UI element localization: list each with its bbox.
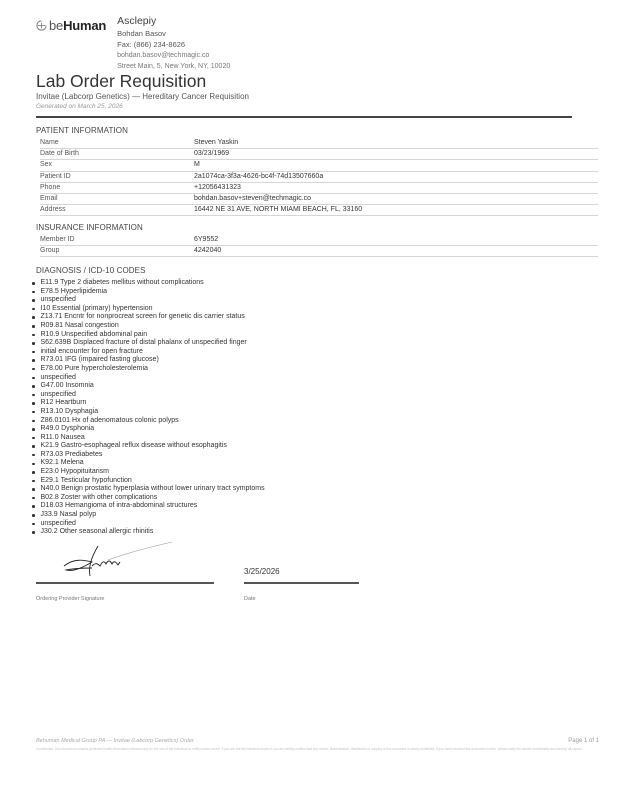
- diagnosis-item: I10 Essential (primary) hypertension: [32, 305, 265, 314]
- insurance-section-title: INSURANCE INFORMATION: [36, 223, 143, 232]
- diagnosis-item: G47.00 Insomnia: [32, 382, 265, 391]
- bullet-icon: [32, 454, 35, 457]
- diagnosis-item: E11.9 Type 2 diabetes mellitus without c…: [32, 279, 265, 288]
- diagnosis-text: J33.9 Nasal polyp: [41, 511, 97, 520]
- diagnosis-text: R49.0 Dysphonia: [41, 425, 95, 434]
- patient-info-row: Patient ID2a1074ca-3f3a-4626-bc4f-74d135…: [40, 172, 598, 183]
- signature-line: [36, 582, 214, 584]
- diagnosis-text: I10 Essential (primary) hypertension: [41, 305, 153, 314]
- bullet-icon: [32, 523, 35, 526]
- diagnosis-item: R10.9 Unspecified abdominal pain: [32, 331, 265, 340]
- diagnosis-text: K92.1 Melena: [41, 459, 84, 468]
- diagnosis-item: unspecified: [32, 374, 265, 383]
- bullet-icon: [32, 420, 35, 423]
- field-value: bohdan.basov+steven@techmagic.co: [194, 194, 598, 204]
- patient-info-row: Phone+12056431323: [40, 183, 598, 194]
- letterhead: beHuman Asclepiy Bohdan Basov Fax: (866)…: [36, 14, 230, 72]
- diagnosis-item: J30.2 Other seasonal allergic rhinitis: [32, 528, 265, 537]
- bullet-icon: [32, 480, 35, 483]
- contact-fax: Fax: (866) 234-8626: [117, 39, 230, 50]
- document-title-block: Lab Order Requisition Invitae (Labcorp G…: [36, 71, 249, 111]
- diagnosis-item: B02.8 Zoster with other complications: [32, 494, 265, 503]
- insurance-info-row: Member ID6Y9552: [40, 235, 598, 246]
- diagnosis-text: unspecified: [41, 520, 76, 529]
- diagnosis-item: Z13.71 Encntr for nonprocreat screen for…: [32, 313, 265, 322]
- document-subtitle: Invitae (Labcorp Genetics) — Hereditary …: [36, 91, 249, 102]
- bullet-icon: [32, 308, 35, 311]
- diagnosis-text: G47.00 Insomnia: [41, 382, 94, 391]
- diagnosis-text: E78.5 Hyperlipidemia: [41, 288, 108, 297]
- diagnosis-text: D18.03 Hemangioma of intra-abdominal str…: [41, 502, 198, 511]
- patient-info-row: NameSteven Yaskin: [40, 138, 598, 149]
- insurance-info-row: Group4242040: [40, 246, 598, 257]
- patient-info-row: SexM: [40, 160, 598, 171]
- bullet-icon: [32, 471, 35, 474]
- field-value: 4242040: [194, 246, 598, 256]
- diagnosis-text: E78.00 Pure hypercholesterolemia: [41, 365, 148, 374]
- diagnosis-item: R49.0 Dysphonia: [32, 425, 265, 434]
- field-label: Member ID: [40, 235, 194, 245]
- field-value: +12056431323: [194, 183, 598, 193]
- field-label: Patient ID: [40, 172, 194, 182]
- diagnosis-item: unspecified: [32, 296, 265, 305]
- bullet-icon: [32, 411, 35, 414]
- diagnosis-item: R09.81 Nasal congestion: [32, 322, 265, 331]
- title-divider: [36, 116, 572, 118]
- field-value: 03/23/1969: [194, 149, 598, 159]
- diagnosis-text: R12 Heartburn: [41, 399, 87, 408]
- patient-info-row: Address16442 NE 31 AVE, NORTH MIAMI BEAC…: [40, 205, 598, 216]
- organization-block: Asclepiy Bohdan Basov Fax: (866) 234-862…: [117, 14, 230, 72]
- diagnosis-text: Z86.0101 Hx of adenomatous colonic polyp…: [41, 417, 179, 426]
- field-value: 16442 NE 31 AVE, NORTH MIAMI BEACH, FL, …: [194, 205, 598, 215]
- diagnosis-section-title: DIAGNOSIS / ICD-10 CODES: [36, 266, 146, 275]
- diagnosis-text: N40.0 Benign prostatic hyperplasia witho…: [41, 485, 265, 494]
- date-line: [244, 582, 359, 584]
- diagnosis-text: unspecified: [41, 296, 76, 305]
- diagnosis-text: E23.0 Hypopituitarism: [41, 468, 109, 477]
- bullet-icon: [32, 428, 35, 431]
- patient-info-table: NameSteven YaskinDate of Birth03/23/1969…: [40, 138, 598, 216]
- diagnosis-item: E78.00 Pure hypercholesterolemia: [32, 365, 265, 374]
- diagnosis-text: E11.9 Type 2 diabetes mellitus without c…: [41, 279, 204, 288]
- patient-info-row: Emailbohdan.basov+steven@techmagic.co: [40, 194, 598, 205]
- bullet-icon: [32, 291, 35, 294]
- diagnosis-text: R73.03 Prediabetes: [41, 451, 103, 460]
- diagnosis-text: unspecified: [41, 391, 76, 400]
- diagnosis-item: S62.639B Displaced fracture of distal ph…: [32, 339, 265, 348]
- field-label: Email: [40, 194, 194, 204]
- diagnosis-item: E78.5 Hyperlipidemia: [32, 288, 265, 297]
- diagnosis-text: initial encounter for open fracture: [41, 348, 143, 357]
- bullet-icon: [32, 377, 35, 380]
- bullet-icon: [32, 394, 35, 397]
- bullet-icon: [32, 514, 35, 517]
- diagnosis-text: R73.01 IFG (impaired fasting glucose): [41, 356, 159, 365]
- diagnosis-item: J33.9 Nasal polyp: [32, 511, 265, 520]
- patient-section-title: PATIENT INFORMATION: [36, 126, 128, 135]
- bullet-icon: [32, 351, 35, 354]
- diagnosis-item: K21.9 Gastro-esophageal reflux disease w…: [32, 442, 265, 451]
- confidentiality-note: Confidential: This document contains pro…: [36, 747, 599, 752]
- diagnosis-item: K92.1 Melena: [32, 459, 265, 468]
- bullet-icon: [32, 497, 35, 500]
- diagnosis-item: R12 Heartburn: [32, 399, 265, 408]
- bullet-icon: [32, 325, 35, 328]
- field-label: Address: [40, 205, 194, 215]
- signature-label: Ordering Provider Signature: [36, 596, 104, 602]
- bullet-icon: [32, 316, 35, 319]
- diagnosis-item: Z86.0101 Hx of adenomatous colonic polyp…: [32, 417, 265, 426]
- diagnosis-text: R13.10 Dysphagia: [41, 408, 99, 417]
- bullet-icon: [32, 402, 35, 405]
- bullet-icon: [32, 488, 35, 491]
- diagnosis-item: N40.0 Benign prostatic hyperplasia witho…: [32, 485, 265, 494]
- field-label: Sex: [40, 160, 194, 170]
- diagnosis-text: J30.2 Other seasonal allergic rhinitis: [41, 528, 154, 537]
- bullet-icon: [32, 282, 35, 285]
- contact-email: bohdan.basov@techmagic.co: [117, 50, 230, 61]
- diagnosis-item: D18.03 Hemangioma of intra-abdominal str…: [32, 502, 265, 511]
- diagnosis-item: E23.0 Hypopituitarism: [32, 468, 265, 477]
- bullet-icon: [32, 385, 35, 388]
- diagnosis-text: E29.1 Testicular hypofunction: [41, 477, 132, 486]
- diagnosis-item: R11.0 Nausea: [32, 434, 265, 443]
- bullet-icon: [32, 334, 35, 337]
- signature-date-value: 3/25/2026: [244, 567, 280, 576]
- diagnosis-item: R73.03 Prediabetes: [32, 451, 265, 460]
- diagnosis-text: K21.9 Gastro-esophageal reflux disease w…: [41, 442, 227, 451]
- bullet-icon: [32, 505, 35, 508]
- diagnosis-item: E29.1 Testicular hypofunction: [32, 477, 265, 486]
- diagnosis-list: E11.9 Type 2 diabetes mellitus without c…: [32, 279, 265, 537]
- footer-title: Behuman Medical Group PA — Invitae (Labc…: [36, 738, 599, 744]
- field-value: 2a1074ca-3f3a-4626-bc4f-74d13507660a: [194, 172, 598, 182]
- field-value: 6Y9552: [194, 235, 598, 245]
- contact-name: Bohdan Basov: [117, 28, 230, 39]
- diagnosis-item: R13.10 Dysphagia: [32, 408, 265, 417]
- bullet-icon: [32, 437, 35, 440]
- bullet-icon: [32, 368, 35, 371]
- page-footer: Behuman Medical Group PA — Invitae (Labc…: [36, 738, 599, 752]
- diagnosis-item: unspecified: [32, 391, 265, 400]
- insurance-info-table: Member ID6Y9552Group4242040: [40, 235, 598, 257]
- date-label: Date: [244, 596, 256, 602]
- field-label: Group: [40, 246, 194, 256]
- provider-signature-image: [62, 538, 177, 580]
- page-number: Page 1 of 1: [568, 738, 599, 744]
- diagnosis-item: initial encounter for open fracture: [32, 348, 265, 357]
- brand-logo: beHuman: [36, 16, 106, 34]
- diagnosis-text: unspecified: [41, 374, 76, 383]
- field-label: Name: [40, 138, 194, 148]
- bullet-icon: [32, 445, 35, 448]
- diagnosis-text: R10.9 Unspecified abdominal pain: [41, 331, 148, 340]
- behuman-logo-icon: [36, 20, 47, 31]
- organization-name: Asclepiy: [117, 14, 230, 28]
- field-label: Date of Birth: [40, 149, 194, 159]
- bullet-icon: [32, 359, 35, 362]
- diagnosis-text: Z13.71 Encntr for nonprocreat screen for…: [41, 313, 245, 322]
- document-title: Lab Order Requisition: [36, 71, 249, 91]
- patient-info-row: Date of Birth03/23/1969: [40, 149, 598, 160]
- bullet-icon: [32, 342, 35, 345]
- diagnosis-text: R11.0 Nausea: [41, 434, 85, 443]
- bullet-icon: [32, 299, 35, 302]
- field-value: M: [194, 160, 598, 170]
- generated-date: Generated on March 25, 2026: [36, 102, 249, 111]
- diagnosis-text: S62.639B Displaced fracture of distal ph…: [41, 339, 247, 348]
- field-value: Steven Yaskin: [194, 138, 598, 148]
- field-label: Phone: [40, 183, 194, 193]
- bullet-icon: [32, 463, 35, 466]
- diagnosis-text: B02.8 Zoster with other complications: [41, 494, 158, 503]
- diagnosis-item: unspecified: [32, 520, 265, 529]
- bullet-icon: [32, 531, 35, 534]
- diagnosis-text: R09.81 Nasal congestion: [41, 322, 119, 331]
- diagnosis-item: R73.01 IFG (impaired fasting glucose): [32, 356, 265, 365]
- brand-name: beHuman: [49, 18, 106, 33]
